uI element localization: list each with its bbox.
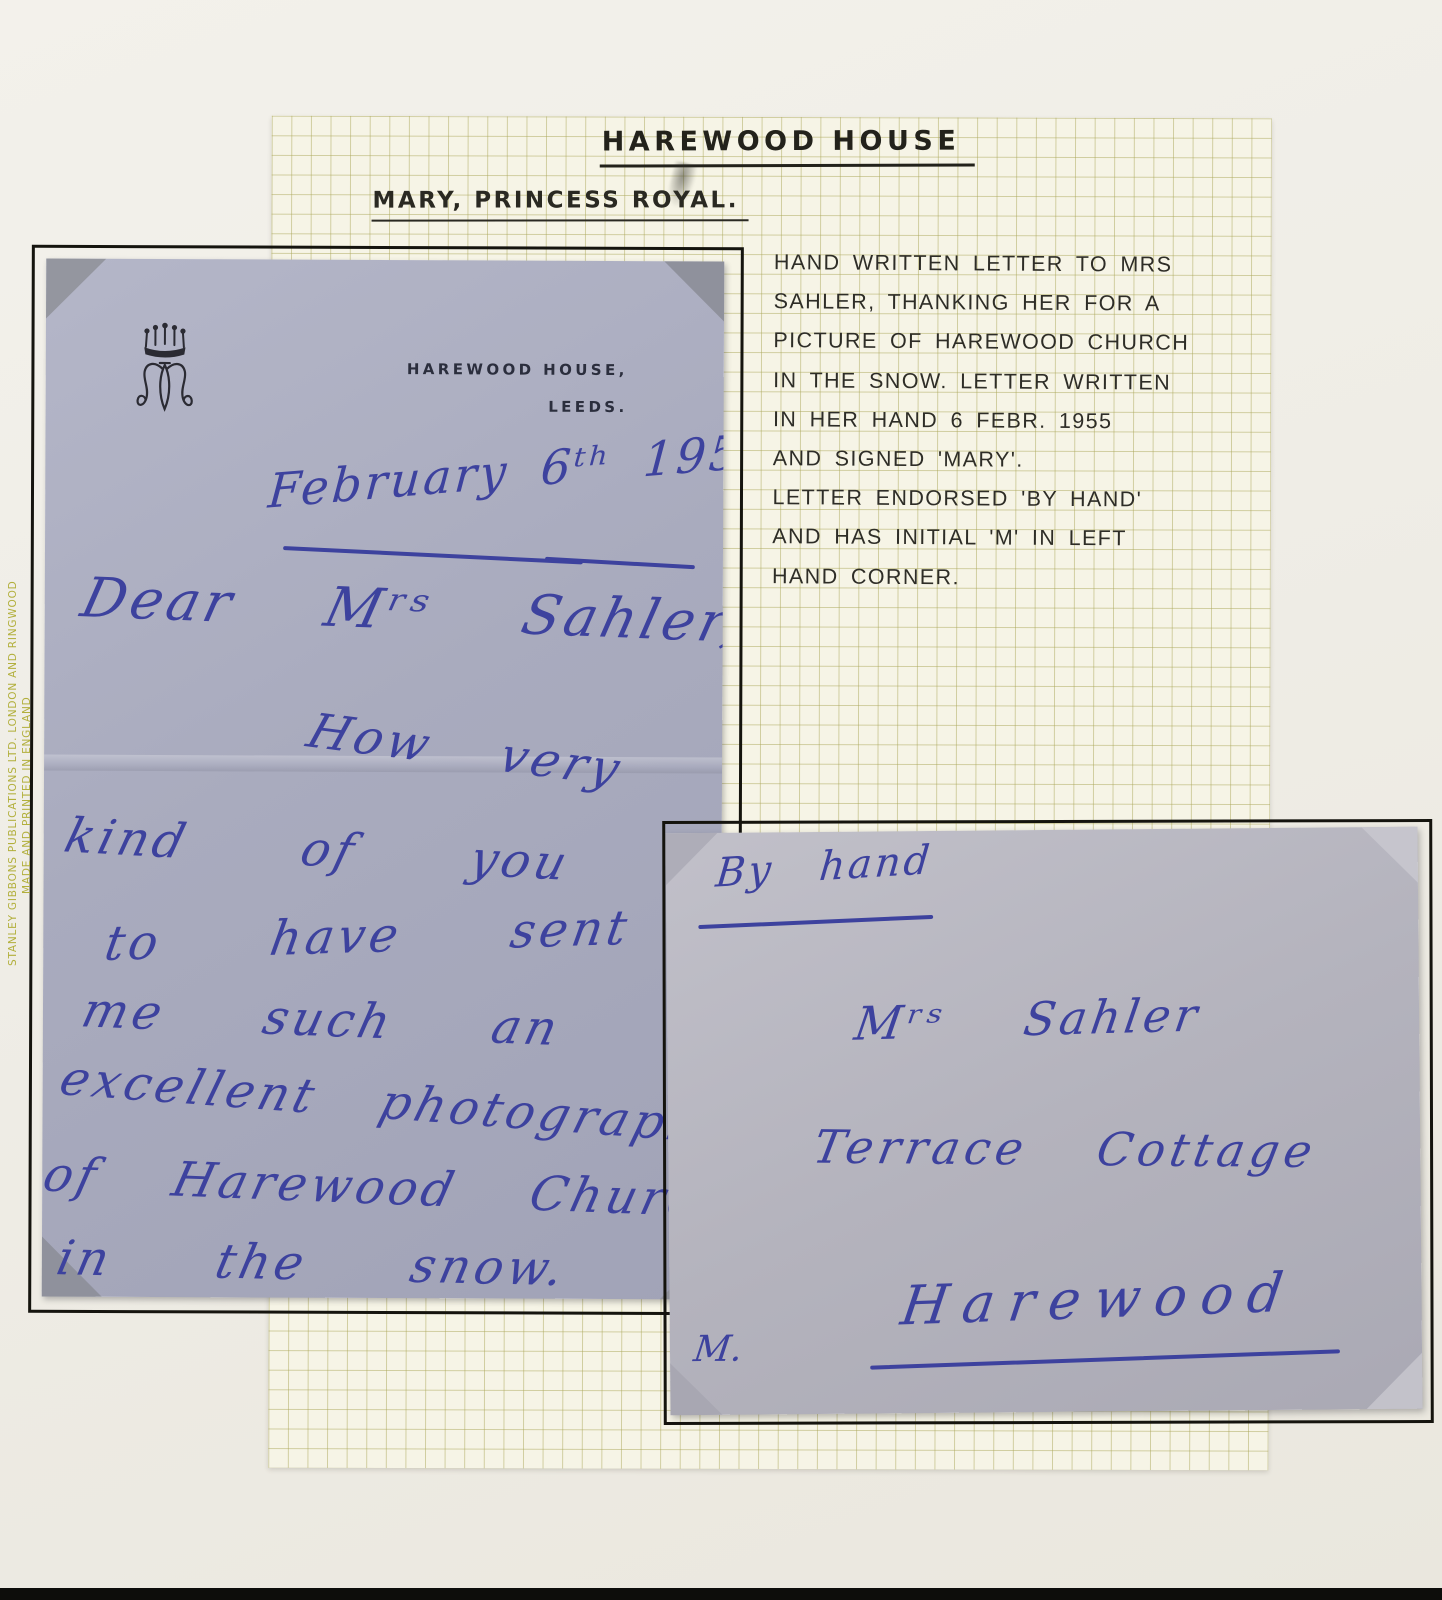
envelope-address-line: Mʳˢ Sahler bbox=[851, 987, 1205, 1050]
printed-in-imprint: MADE AND PRINTED IN ENGLAND bbox=[21, 696, 33, 894]
envelope-endorsement: By hand bbox=[714, 837, 935, 897]
letter-body-line: kind of you bbox=[59, 808, 576, 892]
letter-body-line: in the snow. bbox=[52, 1230, 572, 1297]
annotation-line: HAND WRITTEN LETTER TO MRS bbox=[774, 243, 1260, 285]
publisher-imprint: STANLEY GIBBONS PUBLICATIONS LTD. LONDON… bbox=[7, 580, 19, 966]
annotation-block: HAND WRITTEN LETTER TO MRS SAHLER, THANK… bbox=[772, 243, 1260, 599]
annotation-line: LETTER ENDORSED 'BY HAND' bbox=[772, 478, 1258, 520]
letter-date: February 6ᵗʰ 1955. bbox=[266, 421, 724, 520]
annotation-line: PICTURE OF HAREWOOD CHURCH bbox=[773, 322, 1259, 364]
annotation-line: IN THE SNOW. LETTER WRITTEN bbox=[773, 361, 1259, 403]
envelope-address-line: Harewood bbox=[897, 1260, 1301, 1337]
letter-body-line: excellent photograph bbox=[54, 1051, 710, 1154]
letterhead-line1: HAREWOOD HOUSE, bbox=[407, 360, 628, 379]
album-page: HAREWOOD HOUSE MARY, PRINCESS ROYAL. HAN… bbox=[0, 0, 1442, 1600]
annotation-line: HAND CORNER. bbox=[772, 557, 1258, 599]
letter-body-line: Dear Mʳˢ Sahler, bbox=[76, 565, 725, 654]
annotation-line: AND HAS INITIAL 'M' IN LEFT bbox=[772, 518, 1258, 560]
address-underline bbox=[870, 1349, 1340, 1369]
annotation-line: SAHLER, THANKING HER FOR A bbox=[774, 282, 1260, 324]
letter-body-line: to have sent bbox=[101, 900, 635, 972]
envelope: By hand Mʳˢ Sahler Terrace Cottage Harew… bbox=[665, 827, 1422, 1416]
letter-body-line: How very bbox=[300, 703, 630, 797]
photo-corner bbox=[664, 261, 724, 321]
photo-corner bbox=[665, 833, 717, 885]
letterhead: HAREWOOD HOUSE, LEEDS. bbox=[407, 360, 628, 416]
envelope-initial: M. bbox=[691, 1329, 745, 1370]
letterhead-line2: LEEDS. bbox=[407, 397, 628, 416]
photo-corner bbox=[670, 1363, 722, 1415]
date-underline bbox=[283, 546, 583, 564]
page-title: HAREWOOD HOUSE bbox=[600, 125, 975, 168]
envelope-address-line: Terrace Cottage bbox=[809, 1120, 1321, 1178]
annotation-line: AND SIGNED 'MARY'. bbox=[773, 439, 1259, 481]
letter-body-line: of Harewood Church bbox=[42, 1147, 725, 1230]
photo-corner bbox=[1361, 827, 1417, 883]
endorsement-underline bbox=[698, 915, 933, 929]
coronet-monogram-icon bbox=[134, 321, 196, 421]
photo-corner bbox=[1366, 1353, 1422, 1409]
scanner-edge-bar bbox=[0, 1588, 1442, 1600]
letter-sheet: HAREWOOD HOUSE, LEEDS. February 6ᵗʰ 1955… bbox=[42, 259, 725, 1300]
photo-corner bbox=[46, 259, 106, 319]
annotation-line: IN HER HAND 6 FEBR. 1955 bbox=[773, 400, 1259, 442]
letter-body-line: me such an bbox=[77, 983, 567, 1057]
